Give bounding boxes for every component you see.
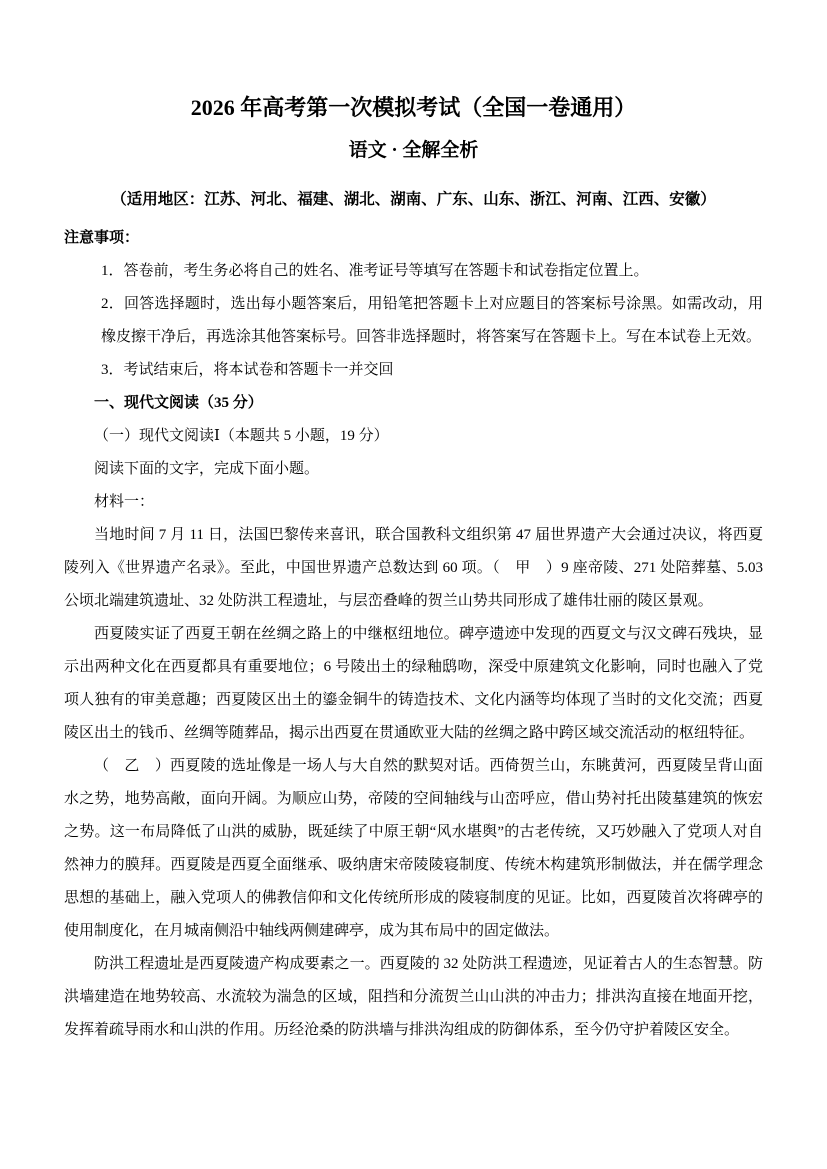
- material-paragraph: 西夏陵实证了西夏王朝在丝绸之路上的中继枢纽地位。碑亭遗迹中发现的西夏文与汉文碑石…: [64, 618, 763, 750]
- notice-list: 1．答卷前，考生务必将自己的姓名、准考证号等填写在答题卡和试卷指定位置上。 2．…: [64, 255, 763, 387]
- material-paragraph: 当地时间 7 月 11 日，法国巴黎传来喜讯，联合国教科文组织第 47 届世界遗…: [64, 519, 763, 618]
- notice-item: 1．答卷前，考生务必将自己的姓名、准考证号等填写在答题卡和试卷指定位置上。: [64, 255, 763, 288]
- material-paragraph: 防洪工程遗址是西夏陵遗产构成要素之一。西夏陵的 32 处防洪工程遗迹，见证着古人…: [64, 948, 763, 1047]
- notice-heading: 注意事项：: [64, 222, 763, 255]
- document-page: 2026 年高考第一次模拟考试（全国一卷通用） 语文 · 全解全析 （适用地区：…: [0, 0, 827, 1169]
- reading-instruction: 阅读下面的文字，完成下面小题。: [64, 453, 763, 486]
- applicable-regions: （适用地区：江苏、河北、福建、湖北、湖南、广东、山东、浙江、河南、江西、安徽）: [64, 188, 763, 211]
- document-body: 注意事项： 1．答卷前，考生务必将自己的姓名、准考证号等填写在答题卡和试卷指定位…: [64, 222, 763, 1047]
- notice-item: 3．考试结束后，将本试卷和答题卡一并交回: [64, 354, 763, 387]
- exam-title: 2026 年高考第一次模拟考试（全国一卷通用）: [64, 92, 763, 124]
- section-heading-modern-reading: 一、现代文阅读（35 分）: [64, 387, 763, 420]
- notice-item: 2．回答选择题时，选出每小题答案后，用铅笔把答题卡上对应题目的答案标号涂黑。如需…: [64, 288, 763, 354]
- subsection-heading: （一）现代文阅读Ⅰ（本题共 5 小题，19 分）: [64, 420, 763, 453]
- material-label: 材料一：: [64, 486, 763, 519]
- material-paragraph: （ 乙 ）西夏陵的选址像是一场人与大自然的默契对话。西倚贺兰山，东眺黄河，西夏陵…: [64, 750, 763, 948]
- exam-subtitle: 语文 · 全解全析: [64, 138, 763, 165]
